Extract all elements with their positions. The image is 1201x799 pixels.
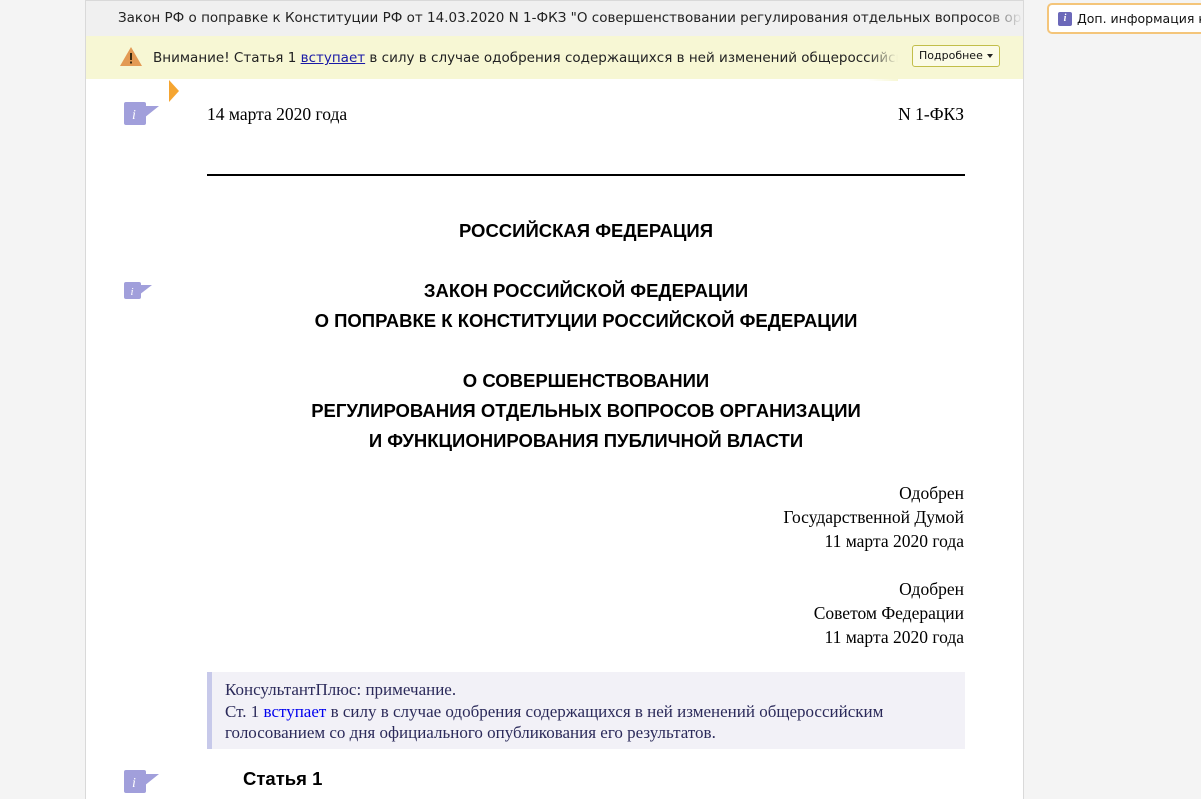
heading-subject-line2: РЕГУЛИРОВАНИЯ ОТДЕЛЬНЫХ ВОПРОСОВ ОРГАНИЗ… [207,396,965,426]
approval-label: Одобрен [783,481,964,505]
document-view: Закон РФ о поправке к Конституции РФ от … [85,0,1024,799]
caret-down-icon [987,54,993,58]
note-body: Ст. 1 вступает в силу в случае одобрения… [225,701,965,744]
more-details-label: Подробнее [919,49,983,62]
document-number: N 1-ФКЗ [898,104,964,125]
approval-body: Советом Федерации [814,601,964,625]
document-title: Закон РФ о поправке к Конституции РФ от … [118,10,1023,26]
warning-link-enters-force[interactable]: вступает [301,50,366,66]
note-title: КонсультантПлюс: примечание. [225,679,965,701]
heading-subject-line3: И ФУНКЦИОНИРОВАНИЯ ПУБЛИЧНОЙ ВЛАСТИ [207,426,965,456]
heading-subject-line1: О СОВЕРШЕНСТВОВАНИИ [207,366,965,396]
document-date: 14 марта 2020 года [207,104,347,125]
warning-triangle-icon [119,46,143,67]
additional-info-button[interactable]: i Доп. информация к документу [1047,3,1201,34]
svg-text:i: i [132,108,136,123]
warning-prefix: Внимание! Статья 1 [153,50,301,66]
article-1-title: Статья 1 [243,768,322,790]
info-comment-icon[interactable]: i [124,282,154,300]
warning-banner: Внимание! Статья 1 вступает в силу в слу… [86,36,1023,79]
note-link-enters-force[interactable]: вступает [264,702,327,721]
approval-label: Одобрен [814,577,964,601]
heading-law-line2: О ПОПРАВКЕ К КОНСТИТУЦИИ РОССИЙСКОЙ ФЕДЕ… [207,306,965,336]
svg-text:i: i [132,776,136,791]
additional-info-label: Доп. информация к документу [1077,11,1201,26]
approval-state-duma: Одобрен Государственной Думой 11 марта 2… [783,481,964,553]
document-title-bar: Закон РФ о поправке к Конституции РФ от … [86,1,1023,36]
info-comment-icon[interactable]: i [124,102,160,126]
approval-date: 11 марта 2020 года [783,529,964,553]
info-comment-icon[interactable]: i [124,770,160,794]
heading-federation: РОССИЙСКАЯ ФЕДЕРАЦИЯ [207,216,965,246]
divider [207,174,965,176]
warning-suffix: в силу в случае одобрения содержащихся в… [365,50,898,66]
approval-federation-council: Одобрен Советом Федерации 11 марта 2020 … [814,577,964,649]
approval-date: 11 марта 2020 года [814,625,964,649]
more-details-button[interactable]: Подробнее [912,45,1000,67]
info-icon: i [1058,12,1072,26]
svg-text:i: i [130,286,133,298]
consultant-note: КонсультантПлюс: примечание. Ст. 1 вступ… [207,672,965,749]
approval-body: Государственной Думой [783,505,964,529]
bookmark-flag-icon[interactable] [169,80,179,102]
warning-text: Внимание! Статья 1 вступает в силу в слу… [153,36,898,81]
heading-law-line1: ЗАКОН РОССИЙСКОЙ ФЕДЕРАЦИИ [207,276,965,306]
